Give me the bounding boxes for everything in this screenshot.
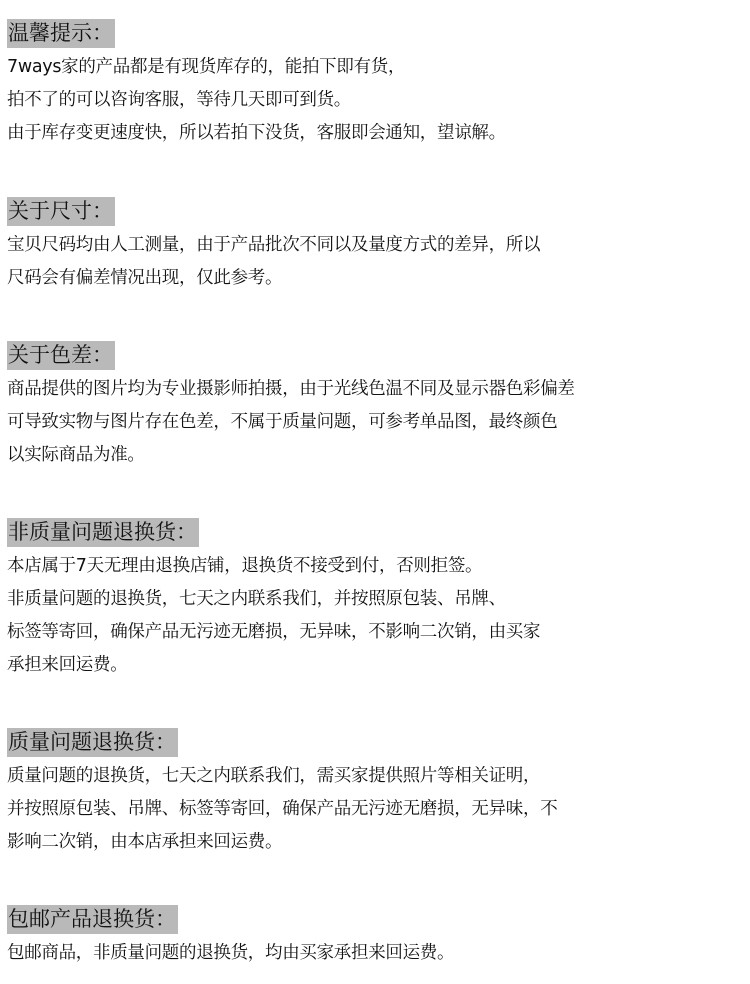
text-line: 7ways家的产品都是有现货库存的，能拍下即有货，	[7, 51, 506, 84]
text-line: 质量问题的退换货，七天之内联系我们，需买家提供照片等相关证明，	[7, 760, 557, 793]
text-line: 非质量问题的退换货，七天之内联系我们，并按照原包装、吊牌、	[7, 583, 540, 616]
text-line: 尺码会有偏差情况出现，仅此参考。	[7, 262, 540, 295]
section-heading: 温馨提示：	[7, 19, 115, 48]
text-line: 标签等寄回，确保产品无污迹无磨损，无异味，不影响二次销，由买家	[7, 616, 540, 649]
text-line: 并按照原包装、吊牌、标签等寄回，确保产品无污迹无磨损，无异味，不	[7, 793, 557, 826]
section-color-difference: 关于色差： 商品提供的图片均为专业摄影师拍摄，由于光线色温不同及显示器色彩偏差 …	[7, 341, 575, 472]
text-line: 本店属于7天无理由退换店铺，退换货不接受到付，否则拒签。	[7, 550, 540, 583]
text-line: 承担来回运费。	[7, 649, 540, 682]
text-line: 可导致实物与图片存在色差，不属于质量问题，可参考单品图，最终颜色	[7, 406, 575, 439]
text-line: 由于库存变更速度快，所以若拍下没货，客服即会通知，望谅解。	[7, 117, 506, 150]
text-line: 包邮商品，非质量问题的退换货，均由买家承担来回运费。	[7, 937, 454, 970]
section-heading: 关于色差：	[7, 341, 115, 370]
text-line: 商品提供的图片均为专业摄影师拍摄，由于光线色温不同及显示器色彩偏差	[7, 373, 575, 406]
section-heading: 关于尺寸：	[7, 197, 115, 226]
section-notice: 温馨提示： 7ways家的产品都是有现货库存的，能拍下即有货， 拍不了的可以咨询…	[7, 19, 506, 150]
section-free-shipping-return: 包邮产品退换货： 包邮商品，非质量问题的退换货，均由买家承担来回运费。	[7, 905, 454, 970]
section-non-quality-return: 非质量问题退换货： 本店属于7天无理由退换店铺，退换货不接受到付，否则拒签。 非…	[7, 518, 540, 682]
text-line: 宝贝尺码均由人工测量，由于产品批次不同以及量度方式的差异，所以	[7, 229, 540, 262]
text-line: 拍不了的可以咨询客服，等待几天即可到货。	[7, 84, 506, 117]
text-line: 以实际商品为准。	[7, 439, 575, 472]
text-line: 影响二次销，由本店承担来回运费。	[7, 826, 557, 859]
section-quality-return: 质量问题退换货： 质量问题的退换货，七天之内联系我们，需买家提供照片等相关证明，…	[7, 728, 557, 859]
section-heading: 非质量问题退换货：	[7, 518, 199, 547]
section-size: 关于尺寸： 宝贝尺码均由人工测量，由于产品批次不同以及量度方式的差异，所以 尺码…	[7, 197, 540, 295]
section-heading: 质量问题退换货：	[7, 728, 178, 757]
section-heading: 包邮产品退换货：	[7, 905, 178, 934]
